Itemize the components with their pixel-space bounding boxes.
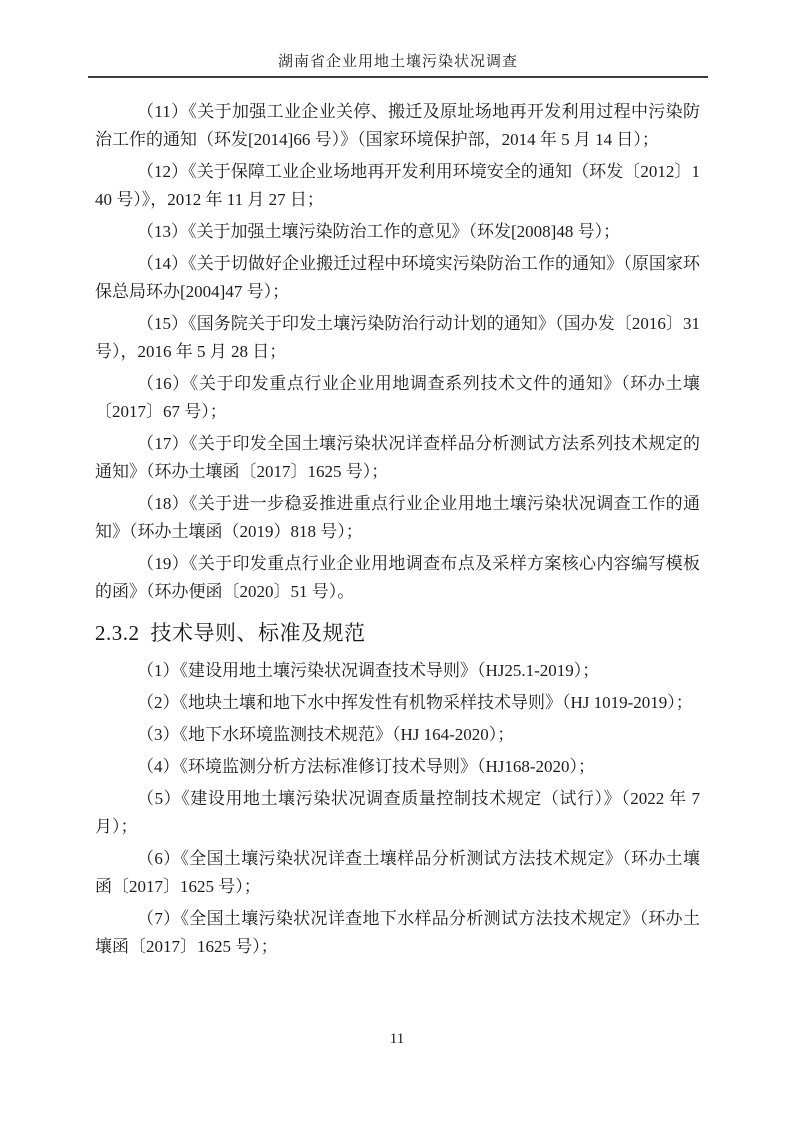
regulation-item: （12）《关于保障工业企业场地再开发利用环境安全的通知（环发〔2012〕140 … — [95, 158, 700, 214]
regulation-item: （19）《关于印发重点行业企业用地调查布点及采样方案核心内容编写模板的函》（环办… — [95, 550, 700, 606]
section-heading: 2.3.2技术导则、标准及规范 — [95, 619, 700, 648]
regulation-item: （14）《关于切做好企业搬迁过程中环境实污染防治工作的通知》（原国家环保总局环办… — [95, 250, 700, 306]
regulation-item: （18）《关于进一步稳妥推进重点行业企业用地土壤污染状况调查工作的通知》（环办土… — [95, 490, 700, 546]
page-number: 11 — [0, 1031, 794, 1048]
regulation-item: （16）《关于印发重点行业企业用地调查系列技术文件的通知》（环办土壤〔2017〕… — [95, 370, 700, 426]
standard-item: （2）《地块土壤和地下水中挥发性有机物采样技术导则》（HJ 1019-2019）… — [95, 689, 700, 717]
standard-item: （3）《地下水环境监测技术规范》（HJ 164-2020）； — [95, 721, 700, 749]
standard-item: （7）《全国土壤污染状况详查地下水样品分析测试方法技术规定》（环办土壤函〔201… — [95, 905, 700, 961]
regulation-item: （17）《关于印发全国土壤污染状况详查样品分析测试方法系列技术规定的通知》（环办… — [95, 430, 700, 486]
section-title: 技术导则、标准及规范 — [151, 622, 366, 645]
standard-item: （1）《建设用地土壤污染状况调查技术导则》（HJ25.1-2019）； — [95, 657, 700, 685]
document-body: （11）《关于加强工业企业关停、搬迁及原址场地再开发利用过程中污染防治工作的通知… — [95, 94, 700, 965]
standard-item: （4）《环境监测分析方法标准修订技术导则》（HJ168-2020）； — [95, 753, 700, 781]
regulation-item: （15）《国务院关于印发土壤污染防治行动计划的通知》（国办发〔2016〕31 号… — [95, 310, 700, 366]
regulation-item: （13）《关于加强土壤污染防治工作的意见》（环发[2008]48 号）； — [95, 218, 700, 246]
document-page: 湖南省企业用地土壤污染状况调查 （11）《关于加强工业企业关停、搬迁及原址场地再… — [0, 0, 794, 1122]
regulation-item: （11）《关于加强工业企业关停、搬迁及原址场地再开发利用过程中污染防治工作的通知… — [95, 98, 700, 154]
page-header-title: 湖南省企业用地土壤污染状况调查 — [88, 50, 708, 78]
section-number: 2.3.2 — [95, 621, 140, 645]
standard-item: （6）《全国土壤污染状况详查土壤样品分析测试方法技术规定》（环办土壤函〔2017… — [95, 845, 700, 901]
standard-item: （5）《建设用地土壤污染状况调查质量控制技术规定（试行）》（2022 年 7 月… — [95, 785, 700, 841]
